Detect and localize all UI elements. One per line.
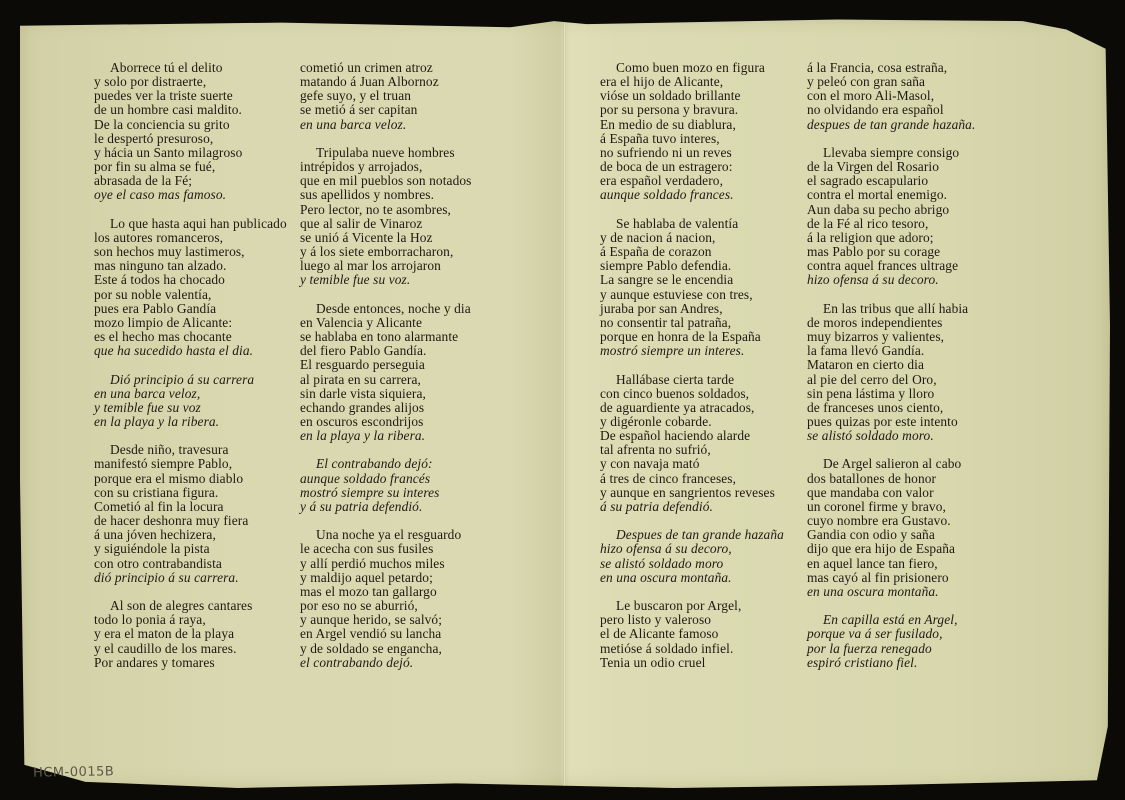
- verse-line: mas ninguno tan alzado.: [94, 259, 287, 273]
- verse-line: del fiero Pablo Gandía.: [300, 344, 471, 358]
- verse-line: siempre Pablo defendia.: [600, 259, 784, 273]
- verse-line: por su noble valentía,: [94, 288, 287, 302]
- verse-line: Tripulaba nueve hombres: [300, 146, 471, 160]
- catalog-mark: HCM-0015B: [33, 764, 115, 780]
- verse-line: era el hijo de Alicante,: [600, 75, 784, 89]
- verse-line: mas Pablo por su corage: [807, 245, 975, 259]
- verse-line: dijo que era hijo de España: [807, 542, 975, 556]
- verse-line: Desde niño, travesura: [94, 443, 287, 457]
- verse-line: en oscuros escondrijos: [300, 415, 471, 429]
- verse-line: no consentir tal patraña,: [600, 316, 784, 330]
- verse-line: contra aquel frances ultrage: [807, 259, 975, 273]
- verse-line: En medio de su diablura,: [600, 118, 784, 132]
- verse-line: Aborrece tú el delito: [94, 61, 287, 75]
- verse-line: al pirata en su carrera,: [300, 373, 471, 387]
- verse-line: de la Virgen del Rosario: [807, 160, 975, 174]
- verse-line: vióse un soldado brillante: [600, 89, 784, 103]
- verse-line: con otro contrabandista: [94, 557, 287, 571]
- verse-line: se alistó soldado moro.: [807, 429, 975, 443]
- verse-line: y de nacion á nacion,: [600, 231, 784, 245]
- verse-column-4: á la Francia, cosa estraña,y peleó con g…: [807, 61, 975, 684]
- stanza: Aborrece tú el delitoy solo por distraer…: [94, 61, 287, 203]
- stanza: De Argel salieron al cabodos batallones …: [807, 457, 975, 599]
- verse-line: echando grandes alijos: [300, 401, 471, 415]
- verse-line: y temible fue su voz.: [300, 273, 471, 287]
- verse-line: Llevaba siempre consigo: [807, 146, 975, 160]
- stanza: Despues de tan grande hazañahizo ofensa …: [600, 528, 784, 585]
- verse-line: De la conciencia su grito: [94, 118, 287, 132]
- verse-line: se alistó soldado moro: [600, 557, 784, 571]
- verse-line: y maldijo aquel petardo;: [300, 571, 471, 585]
- verse-line: los autores romanceros,: [94, 231, 287, 245]
- verse-line: Al son de alegres cantares: [94, 599, 287, 613]
- verse-line: al pie del cerro del Oro,: [807, 373, 975, 387]
- verse-line: y era el maton de la playa: [94, 627, 287, 641]
- verse-line: En capilla está en Argel,: [807, 613, 975, 627]
- verse-line: mozo limpio de Alicante:: [94, 316, 287, 330]
- verse-line: El contrabando dejó:: [300, 457, 471, 471]
- verse-line: De español haciendo alarde: [600, 429, 784, 443]
- verse-line: intrépidos y arrojados,: [300, 160, 471, 174]
- verse-line: y aunque estuviese con tres,: [600, 288, 784, 302]
- verse-line: en una barca veloz,: [94, 387, 287, 401]
- verse-line: De Argel salieron al cabo: [807, 457, 975, 471]
- verse-line: por fin su alma se fué,: [94, 160, 287, 174]
- verse-line: hizo ofensa á su decoro.: [807, 273, 975, 287]
- verse-line: cometió un crimen atroz: [300, 61, 471, 75]
- verse-line: se unió á Vicente la Hoz: [300, 231, 471, 245]
- verse-line: le acecha con sus fusiles: [300, 542, 471, 556]
- verse-line: que ha sucedido hasta el dia.: [94, 344, 287, 358]
- verse-line: porque va á ser fusilado,: [807, 627, 975, 641]
- verse-line: mas el mozo tan gallargo: [300, 585, 471, 599]
- verse-column-1: Aborrece tú el delitoy solo por distraer…: [94, 61, 287, 684]
- verse-line: cuyo nombre era Gustavo.: [807, 514, 975, 528]
- verse-line: se hablaba en tono alarmante: [300, 330, 471, 344]
- verse-line: en la playa y la ribera.: [94, 415, 287, 429]
- verse-line: El resguardo perseguia: [300, 358, 471, 372]
- stanza: Desde entonces, noche y diaen Valencia y…: [300, 302, 471, 444]
- verse-line: sin pena lástima y lloro: [807, 387, 975, 401]
- verse-line: en Valencia y Alicante: [300, 316, 471, 330]
- stanza: cometió un crimen atrozmatando á Juan Al…: [300, 61, 471, 132]
- verse-line: contra el mortal enemigo.: [807, 188, 975, 202]
- stanza: Hallábase cierta tardecon cinco buenos s…: [600, 373, 784, 515]
- verse-line: y digéronle cobarde.: [600, 415, 784, 429]
- verse-line: se metió á ser capitan: [300, 103, 471, 117]
- verse-line: abrasada de la Fé;: [94, 174, 287, 188]
- verse-line: espiró cristiano fiel.: [807, 656, 975, 670]
- stanza: á la Francia, cosa estraña,y peleó con g…: [807, 61, 975, 132]
- verse-line: de la Fé al rico tesoro,: [807, 217, 975, 231]
- verse-line: luego al mar los arrojaron: [300, 259, 471, 273]
- stanza: Le buscaron por Argel,pero listo y valer…: [600, 599, 784, 670]
- verse-line: y de soldado se engancha,: [300, 642, 471, 656]
- verse-line: Desde entonces, noche y dia: [300, 302, 471, 316]
- verse-line: á su patria defendió.: [600, 500, 784, 514]
- verse-line: y peleó con gran saña: [807, 75, 975, 89]
- stanza: En capilla está en Argel,porque va á ser…: [807, 613, 975, 670]
- verse-line: Tenia un odio cruel: [600, 656, 784, 670]
- verse-line: oye el caso mas famoso.: [94, 188, 287, 202]
- verse-line: á tres de cinco franceses,: [600, 472, 784, 486]
- verse-line: en una barca veloz.: [300, 118, 471, 132]
- stanza: Una noche ya el resguardole acecha con s…: [300, 528, 471, 670]
- verse-line: de un hombre casi maldito.: [94, 103, 287, 117]
- verse-line: Mataron en cierto dia: [807, 358, 975, 372]
- verse-line: por eso no se aburrió,: [300, 599, 471, 613]
- verse-line: Le buscaron por Argel,: [600, 599, 784, 613]
- verse-line: que mandaba con valor: [807, 486, 975, 500]
- verse-line: el sagrado escapulario: [807, 174, 975, 188]
- verse-line: á una jóven hechizera,: [94, 528, 287, 542]
- verse-line: Por andares y tomares: [94, 656, 287, 670]
- verse-line: sus apellidos y nombres.: [300, 188, 471, 202]
- verse-line: y siguiéndole la pista: [94, 542, 287, 556]
- verse-line: á la Francia, cosa estraña,: [807, 61, 975, 75]
- verse-line: con el moro Ali-Masol,: [807, 89, 975, 103]
- verse-line: y aunque en sangrientos reveses: [600, 486, 784, 500]
- verse-line: Lo que hasta aqui han publicado: [94, 217, 287, 231]
- verse-line: Aun daba su pecho abrigo: [807, 203, 975, 217]
- verse-line: Se hablaba de valentía: [600, 217, 784, 231]
- verse-line: Como buen mozo en figura: [600, 61, 784, 75]
- verse-line: Hallábase cierta tarde: [600, 373, 784, 387]
- verse-line: en Argel vendió su lancha: [300, 627, 471, 641]
- verse-line: de moros independientes: [807, 316, 975, 330]
- verse-line: de boca de un estragero:: [600, 160, 784, 174]
- verse-line: el de Alicante famoso: [600, 627, 784, 641]
- verse-line: matando á Juan Albornoz: [300, 75, 471, 89]
- verse-line: y hácia un Santo milagroso: [94, 146, 287, 160]
- stanza: En las tribus que allí habiade moros ind…: [807, 302, 975, 444]
- verse-line: Gandia con odio y saña: [807, 528, 975, 542]
- verse-line: Pero lector, no te asombres,: [300, 203, 471, 217]
- stanza: Desde niño, travesuramanifestó siempre P…: [94, 443, 287, 585]
- verse-line: y aunque herido, se salvó;: [300, 613, 471, 627]
- verse-line: en aquel lance tan fiero,: [807, 557, 975, 571]
- verse-line: en una oscura montaña.: [600, 571, 784, 585]
- verse-line: á España de corazon: [600, 245, 784, 259]
- verse-line: muy bizarros y valientes,: [807, 330, 975, 344]
- verse-line: le despertó presuroso,: [94, 132, 287, 146]
- verse-line: En las tribus que allí habia: [807, 302, 975, 316]
- verse-line: aunque soldado francés: [300, 472, 471, 486]
- verse-line: despues de tan grande hazaña.: [807, 118, 975, 132]
- verse-line: con cinco buenos soldados,: [600, 387, 784, 401]
- verse-line: manifestó siempre Pablo,: [94, 457, 287, 471]
- verse-line: y temible fue su voz: [94, 401, 287, 415]
- verse-line: Dió principio á su carrera: [94, 373, 287, 387]
- verse-line: de franceses unos ciento,: [807, 401, 975, 415]
- verse-line: y con navaja mató: [600, 457, 784, 471]
- verse-line: sin darle vista siquiera,: [300, 387, 471, 401]
- verse-line: mostró siempre un interes.: [600, 344, 784, 358]
- verse-line: y allí perdió muchos miles: [300, 557, 471, 571]
- verse-line: era español verdadero,: [600, 174, 784, 188]
- verse-line: juraba por san Andres,: [600, 302, 784, 316]
- verse-line: gefe suyo, y el truan: [300, 89, 471, 103]
- stanza: El contrabando dejó:aunque soldado franc…: [300, 457, 471, 514]
- verse-line: un coronel firme y bravo,: [807, 500, 975, 514]
- verse-line: hizo ofensa á su decoro,: [600, 542, 784, 556]
- verse-line: dió principio á su carrera.: [94, 571, 287, 585]
- verse-line: son hechos muy lastimeros,: [94, 245, 287, 259]
- verse-line: La sangre se le encendia: [600, 273, 784, 287]
- verse-line: que al salir de Vinaroz: [300, 217, 471, 231]
- verse-line: porque era el mismo diablo: [94, 472, 287, 486]
- verse-column-2: cometió un crimen atrozmatando á Juan Al…: [300, 61, 471, 684]
- verse-line: y á los siete emborracharon,: [300, 245, 471, 259]
- verse-line: y el caudillo de los mares.: [94, 642, 287, 656]
- verse-line: á España tuvo interes,: [600, 132, 784, 146]
- verse-line: porque en honra de la España: [600, 330, 784, 344]
- verse-line: todo lo ponia á raya,: [94, 613, 287, 627]
- verse-line: por la fuerza renegado: [807, 642, 975, 656]
- verse-line: tal afrenta no sufrió,: [600, 443, 784, 457]
- verse-line: Despues de tan grande hazaña: [600, 528, 784, 542]
- verse-line: Una noche ya el resguardo: [300, 528, 471, 542]
- verse-line: aunque soldado frances.: [600, 188, 784, 202]
- center-fold: [563, 18, 566, 788]
- verse-line: dos batallones de honor: [807, 472, 975, 486]
- verse-line: puedes ver la triste suerte: [94, 89, 287, 103]
- verse-line: mostró siempre su interes: [300, 486, 471, 500]
- stanza: Lo que hasta aqui han publicadolos autor…: [94, 217, 287, 359]
- verse-line: y solo por distraerte,: [94, 75, 287, 89]
- verse-line: la fama llevó Gandía.: [807, 344, 975, 358]
- verse-line: y á su patria defendió.: [300, 500, 471, 514]
- verse-line: á la religion que adoro;: [807, 231, 975, 245]
- verse-line: no sufriendo ni un reves: [600, 146, 784, 160]
- scanned-broadside: Aborrece tú el delitoy solo por distraer…: [0, 0, 1125, 800]
- verse-line: en la playa y la ribera.: [300, 429, 471, 443]
- verse-line: no olvidando era español: [807, 103, 975, 117]
- verse-line: por su persona y bravura.: [600, 103, 784, 117]
- stanza: Al son de alegres cantarestodo lo ponia …: [94, 599, 287, 670]
- verse-line: es el hecho mas chocante: [94, 330, 287, 344]
- verse-line: que en mil pueblos son notados: [300, 174, 471, 188]
- verse-line: de aguardiente ya atracados,: [600, 401, 784, 415]
- stanza: Como buen mozo en figuraera el hijo de A…: [600, 61, 784, 203]
- stanza: Dió principio á su carreraen una barca v…: [94, 373, 287, 430]
- verse-line: mas cayó al fin prisionero: [807, 571, 975, 585]
- verse-column-3: Como buen mozo en figuraera el hijo de A…: [600, 61, 784, 684]
- verse-line: Este á todos ha chocado: [94, 273, 287, 287]
- verse-line: pues quizas por este intento: [807, 415, 975, 429]
- verse-line: de hacer deshonra muy fiera: [94, 514, 287, 528]
- stanza: Llevaba siempre consigode la Virgen del …: [807, 146, 975, 288]
- verse-line: Cometió al fin la locura: [94, 500, 287, 514]
- verse-line: metióse á soldado infiel.: [600, 642, 784, 656]
- verse-line: en una oscura montaña.: [807, 585, 975, 599]
- verse-line: el contrabando dejó.: [300, 656, 471, 670]
- verse-line: con su cristiana figura.: [94, 486, 287, 500]
- verse-line: pues era Pablo Gandía: [94, 302, 287, 316]
- stanza: Se hablaba de valentíay de nacion á naci…: [600, 217, 784, 359]
- stanza: Tripulaba nueve hombresintrépidos y arro…: [300, 146, 471, 288]
- verse-line: pero listo y valeroso: [600, 613, 784, 627]
